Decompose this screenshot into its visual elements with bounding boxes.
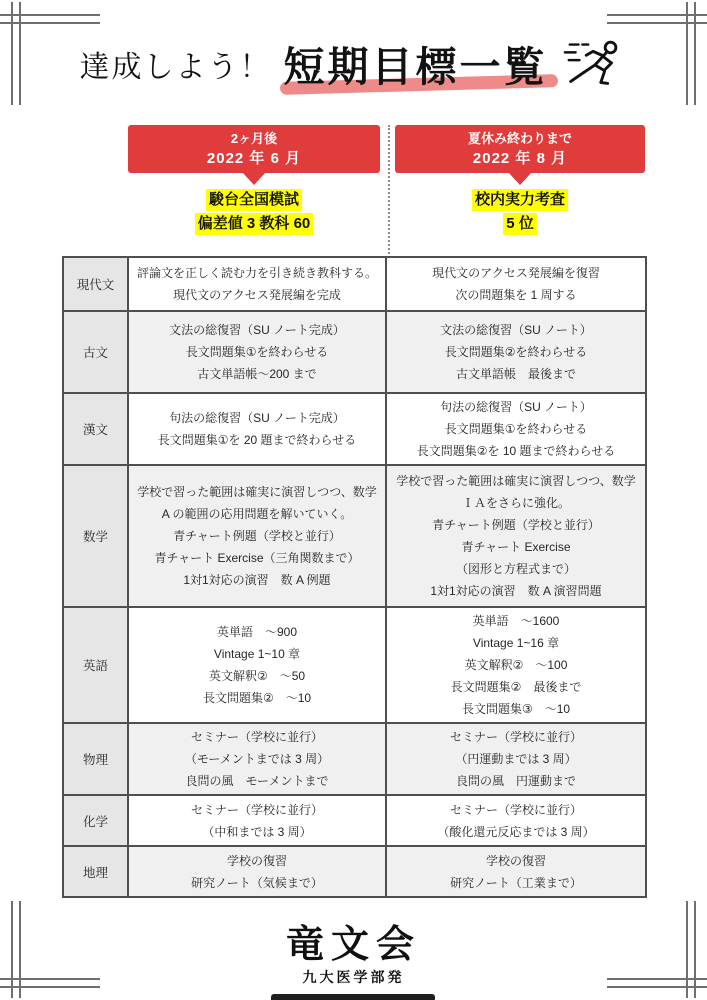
goal-cell-left: 評論文を正しく読む力を引き続き教科する。 現代文のアクセス発展編を完成: [128, 257, 386, 311]
study-plan-flyer: 達成しよう！ 短期目標一覧 2ヶ月後 2022 年 6 月: [0, 0, 707, 1000]
ornament-line: [607, 14, 707, 16]
milestone-august: 夏休み終わりまで 2022 年 8 月 校内実力考査 5 位: [395, 125, 645, 236]
table-row: 漢文 句法の総復習（SU ノート完成） 長文問題集①を 20 題まで終わらせる …: [63, 393, 646, 465]
milestone-june: 2ヶ月後 2022 年 6 月 駿台全国模試 偏差値 3 教科 60: [128, 125, 380, 236]
ornament-line: [0, 14, 100, 16]
table-row: 現代文 評論文を正しく読む力を引き続き教科する。 現代文のアクセス発展編を完成 …: [63, 257, 646, 311]
goal-cell-left: 英単語 ～900 Vintage 1~10 章 英文解釈② ～50 長文問題集②…: [128, 607, 386, 723]
brand-name: 竜文会: [0, 922, 707, 966]
brand-subtitle: 九大医学部発: [0, 967, 707, 987]
table-row: 地理 学校の復習 研究ノート（気候まで） 学校の復習 研究ノート（工業まで）: [63, 846, 646, 897]
goal-cell-right: セミナー（学校に並行） （円運動までは 3 周） 良問の風 円運動まで: [386, 723, 646, 795]
goal-cell-left: 文法の総復習（SU ノート完成） 長文問題集①を終わらせる 古文単語帳～200 …: [128, 311, 386, 393]
goal-cell-right: 学校の復習 研究ノート（工業まで）: [386, 846, 646, 897]
table-row: 物理 セミナー（学校に並行） （モーメントまでは 3 周） 良問の風 モーメント…: [63, 723, 646, 795]
goal-highlight: 偏差値 3 教科 60: [195, 213, 314, 235]
footer: 竜文会 九大医学部発: [0, 922, 707, 987]
title-prefix: 達成しよう！: [80, 42, 272, 86]
table-row: 古文 文法の総復習（SU ノート完成） 長文問題集①を終わらせる 古文単語帳～2…: [63, 311, 646, 393]
deadline-period: 夏休み終わりまで: [397, 129, 643, 149]
page-title: 達成しよう！ 短期目標一覧: [0, 34, 707, 93]
goal-cell-right: 文法の総復習（SU ノート） 長文問題集②を終わらせる 古文単語帳 最後まで: [386, 311, 646, 393]
subject-cell: 数学: [63, 465, 128, 607]
ornament-line: [607, 22, 707, 24]
dotted-divider: [388, 125, 390, 258]
deadline-date: 2022 年 8 月: [397, 149, 643, 169]
goal-text-august: 校内実力考査 5 位: [395, 188, 645, 236]
goal-cell-right: 学校で習った範囲は確実に演習しつつ、数学 ＩＡをさらに強化。 青チャート例題（学…: [386, 465, 646, 607]
goal-cell-left: セミナー（学校に並行） （中和までは 3 周）: [128, 795, 386, 846]
ornament-line: [0, 22, 100, 24]
deadline-box-june: 2ヶ月後 2022 年 6 月: [128, 125, 380, 173]
goal-cell-right: 句法の総復習（SU ノート） 長文問題集①を終わらせる 長文問題集②を 10 題…: [386, 393, 646, 465]
table-row: 数学 学校で習った範囲は確実に演習しつつ、数学 A の範囲の応用問題を解いていく…: [63, 465, 646, 607]
subject-cell: 現代文: [63, 257, 128, 311]
deadline-box-august: 夏休み終わりまで 2022 年 8 月: [395, 125, 645, 173]
goal-cell-left: セミナー（学校に並行） （モーメントまでは 3 周） 良問の風 モーメントまで: [128, 723, 386, 795]
goal-cell-left: 学校で習った範囲は確実に演習しつつ、数学 A の範囲の応用問題を解いていく。 青…: [128, 465, 386, 607]
goals-table: 現代文 評論文を正しく読む力を引き続き教科する。 現代文のアクセス発展編を完成 …: [62, 256, 647, 898]
goal-cell-right: 英単語 ～1600 Vintage 1~16 章 英文解釈② ～100 長文問題…: [386, 607, 646, 723]
table-row: 化学 セミナー（学校に並行） （中和までは 3 周） セミナー（学校に並行） （…: [63, 795, 646, 846]
milestones-section: 2ヶ月後 2022 年 6 月 駿台全国模試 偏差値 3 教科 60 夏休み終わ…: [0, 125, 707, 258]
subject-cell: 化学: [63, 795, 128, 846]
deadline-date: 2022 年 6 月: [130, 149, 378, 169]
title-highlight-text: 短期目標一覧: [284, 44, 548, 90]
runner-icon: [562, 38, 628, 90]
goal-highlight: 校内実力考査: [472, 189, 568, 211]
goal-highlight: 駿台全国模試: [206, 189, 302, 211]
subject-cell: 古文: [63, 311, 128, 393]
goal-cell-right: 現代文のアクセス発展編を復習 次の問題集を 1 周する: [386, 257, 646, 311]
goal-text-june: 駿台全国模試 偏差値 3 教科 60: [128, 188, 380, 236]
deadline-period: 2ヶ月後: [130, 129, 378, 149]
subject-cell: 物理: [63, 723, 128, 795]
goal-highlight: 5 位: [503, 213, 537, 235]
bottom-cropped-bar: [271, 994, 435, 1000]
table-row: 英語 英単語 ～900 Vintage 1~10 章 英文解釈② ～50 長文問…: [63, 607, 646, 723]
goal-cell-right: セミナー（学校に並行） （酸化還元反応までは 3 周）: [386, 795, 646, 846]
goal-cell-left: 学校の復習 研究ノート（気候まで）: [128, 846, 386, 897]
subject-cell: 地理: [63, 846, 128, 897]
goal-cell-left: 句法の総復習（SU ノート完成） 長文問題集①を 20 題まで終わらせる: [128, 393, 386, 465]
title-highlight: 短期目標一覧: [284, 34, 548, 93]
subject-cell: 漢文: [63, 393, 128, 465]
subject-cell: 英語: [63, 607, 128, 723]
